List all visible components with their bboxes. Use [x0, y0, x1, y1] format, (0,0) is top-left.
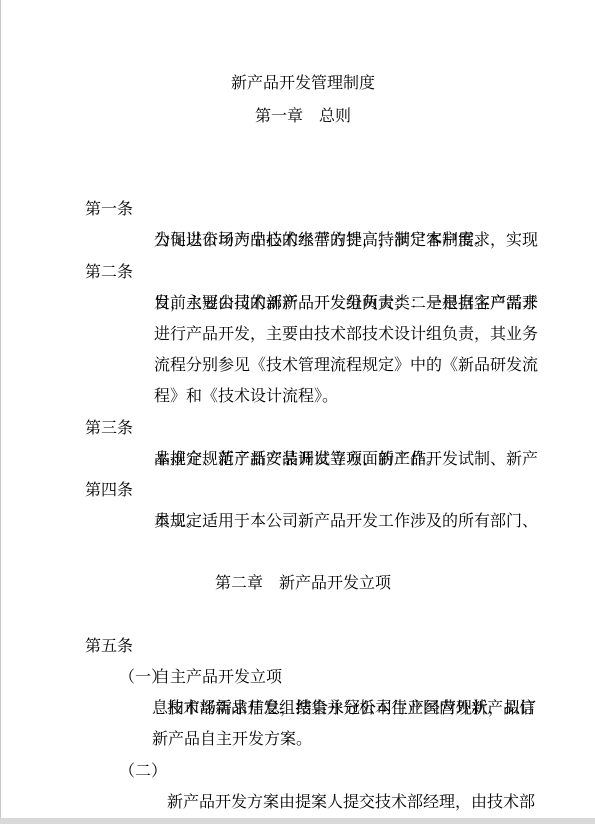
text-line: 第四条 本规定适用于本公司新产品开发工作涉及的所有部门、 [0, 444, 595, 475]
document-page: 新产品开发管理制度 第一章 总则 第一条 为促进公司产品技术水平的提高，满足客户… [0, 0, 595, 824]
text-line: 发，主要由技术部新品开发组负责；二是根据客户需求 [0, 257, 595, 288]
text-line: 第三条 本规定规范了新产品开发立项、新产品开发试制、新产 [0, 381, 595, 412]
blank-line [0, 506, 595, 537]
text-line: 息和市场需求信息，结合永冠公司生产经营现状，拟订 [0, 662, 595, 693]
text-line: 第五条 自主产品开发立项 [0, 600, 595, 631]
page-bottom-edge [0, 818, 595, 824]
text-line: 程》和《技术设计流程》。 [0, 350, 595, 381]
text-line: 员工。 [0, 475, 595, 506]
text-line: 第一条 为促进公司产品技术水平的提高，满足客户需求，实现 [0, 163, 595, 194]
text-line: 进行产品开发，主要由技术部技术设计组负责，其业务 [0, 288, 595, 319]
text-line: 第二章 新产品开发立项 [0, 537, 595, 568]
text-line: 公司以市场为中心的经营方针，特制定本制度。 [0, 194, 595, 225]
item-label: （二） [119, 756, 167, 787]
chapter-1-heading: 第一章 总则 [60, 101, 546, 133]
text-line: 品推介、新产品安装调试等方面的工作。 [0, 413, 595, 444]
document-body: 第一条 为促进公司产品技术水平的提高，满足客户需求，实现 公司以市场为中心的经营… [0, 163, 595, 756]
item-text: 新产品开发方案由提案人提交技术部经理，由技术部 [167, 787, 535, 818]
text-line: 流程分别参见《技术管理流程规定》中的《新品研发流 [0, 319, 595, 350]
text-line: 第二条 目前永冠公司的新产品开发分两大类：一是自主产品开 [0, 225, 595, 256]
blank-line [0, 568, 595, 599]
text-line: （二） 新产品开发方案由提案人提交技术部经理，由技术部 [0, 724, 595, 755]
doc-title: 新产品开发管理制度 [60, 68, 546, 100]
text-line: （一） 技术部新品开发组搜集并分析本行业国内外新产品信 [0, 631, 595, 662]
text-line: 新产品自主开发方案。 [0, 693, 595, 724]
